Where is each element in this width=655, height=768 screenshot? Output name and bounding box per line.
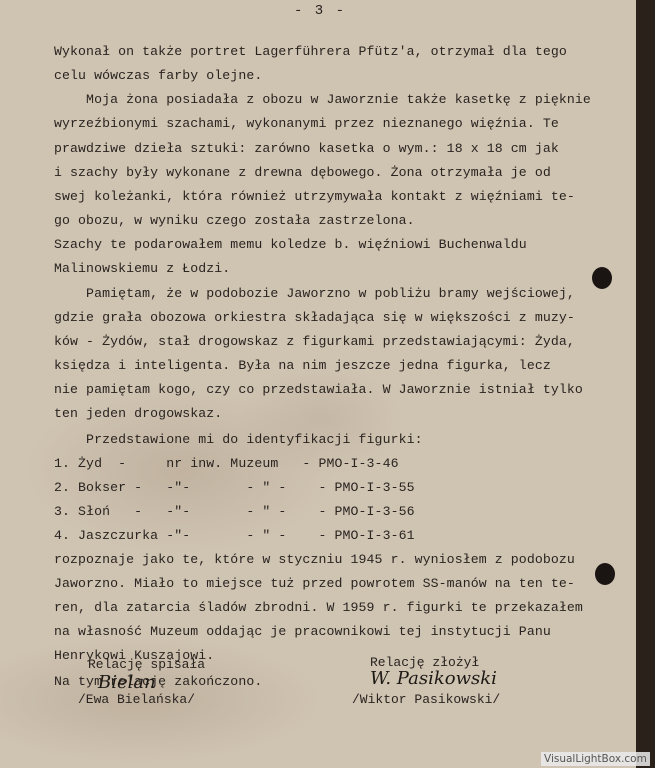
figurine-row: 1. Żyd - nr inw. Muzeum - PMO-I-3-46 <box>54 456 399 471</box>
recorder-signature: Bielan <box>98 672 156 693</box>
text-line: celu wówczas farby olejne. <box>54 68 262 83</box>
text-line: i szachy były wykonane z drewna dębowego… <box>54 165 551 180</box>
text-line: księdza i inteligenta. Była na nim jeszc… <box>54 358 551 373</box>
recorder-label: Relację spisała <box>88 657 205 672</box>
text-line: swej koleżanki, która również utrzymywał… <box>54 189 575 204</box>
page-edge <box>636 0 655 768</box>
punch-hole <box>592 267 612 289</box>
witness-name: /Wiktor Pasikowski/ <box>352 692 500 707</box>
figurine-row: 4. Jaszczurka -"- - " - - PMO-I-3-61 <box>54 528 415 543</box>
text-line: Jaworzno. Miało to miejsce tuż przed pow… <box>54 576 575 591</box>
text-line: Pamiętam, że w podobozie Jaworzno w pobl… <box>54 286 575 301</box>
document-page: - 3 - Wykonał on także portret Lagerführ… <box>0 0 636 768</box>
text-line: ren, dla zatarcia śladów zbrodni. W 1959… <box>54 600 583 615</box>
text-line: Na tym relację zakończono. <box>54 674 262 689</box>
text-line: na własność Muzeum oddając je pracowniko… <box>54 624 551 639</box>
witness-signature: W. Pasikowski <box>370 668 497 689</box>
text-line: Malinowskiemu z Łodzi. <box>54 261 230 276</box>
figurine-row: 3. Słoń - -"- - " - - PMO-I-3-56 <box>54 504 415 519</box>
text-line: gdzie grała obozowa orkiestra składająca… <box>54 310 575 325</box>
text-line: Moja żona posiadała z obozu w Jaworznie … <box>54 92 591 107</box>
text-line: prawdziwe dzieła sztuki: zarówno kasetka… <box>54 141 559 156</box>
text-line: go obozu, w wyniku czego została zastrze… <box>54 213 415 228</box>
text-line: Przedstawione mi do identyfikacji figurk… <box>54 432 423 447</box>
text-line: nie pamiętam kogo, czy co przedstawiała.… <box>54 382 583 397</box>
text-line: wyrzeźbionymi szachami, wykonanymi przez… <box>54 116 559 131</box>
figurine-row: 2. Bokser - -"- - " - - PMO-I-3-55 <box>54 480 415 495</box>
recorder-name: /Ewa Bielańska/ <box>78 692 195 707</box>
text-line: Wykonał on także portret Lagerführera Pf… <box>54 44 567 59</box>
punch-hole <box>595 563 615 585</box>
page-number: - 3 - <box>220 3 420 19</box>
text-line: ten jeden drogowskaz. <box>54 406 222 421</box>
text-line: rozpoznaje jako te, które w styczniu 194… <box>54 552 575 567</box>
text-line: ków - Żydów, stał drogowskaz z figurkami… <box>54 334 575 349</box>
text-line: Szachy te podarowałem memu koledze b. wi… <box>54 237 527 252</box>
watermark: VisualLightBox.com <box>541 752 650 766</box>
